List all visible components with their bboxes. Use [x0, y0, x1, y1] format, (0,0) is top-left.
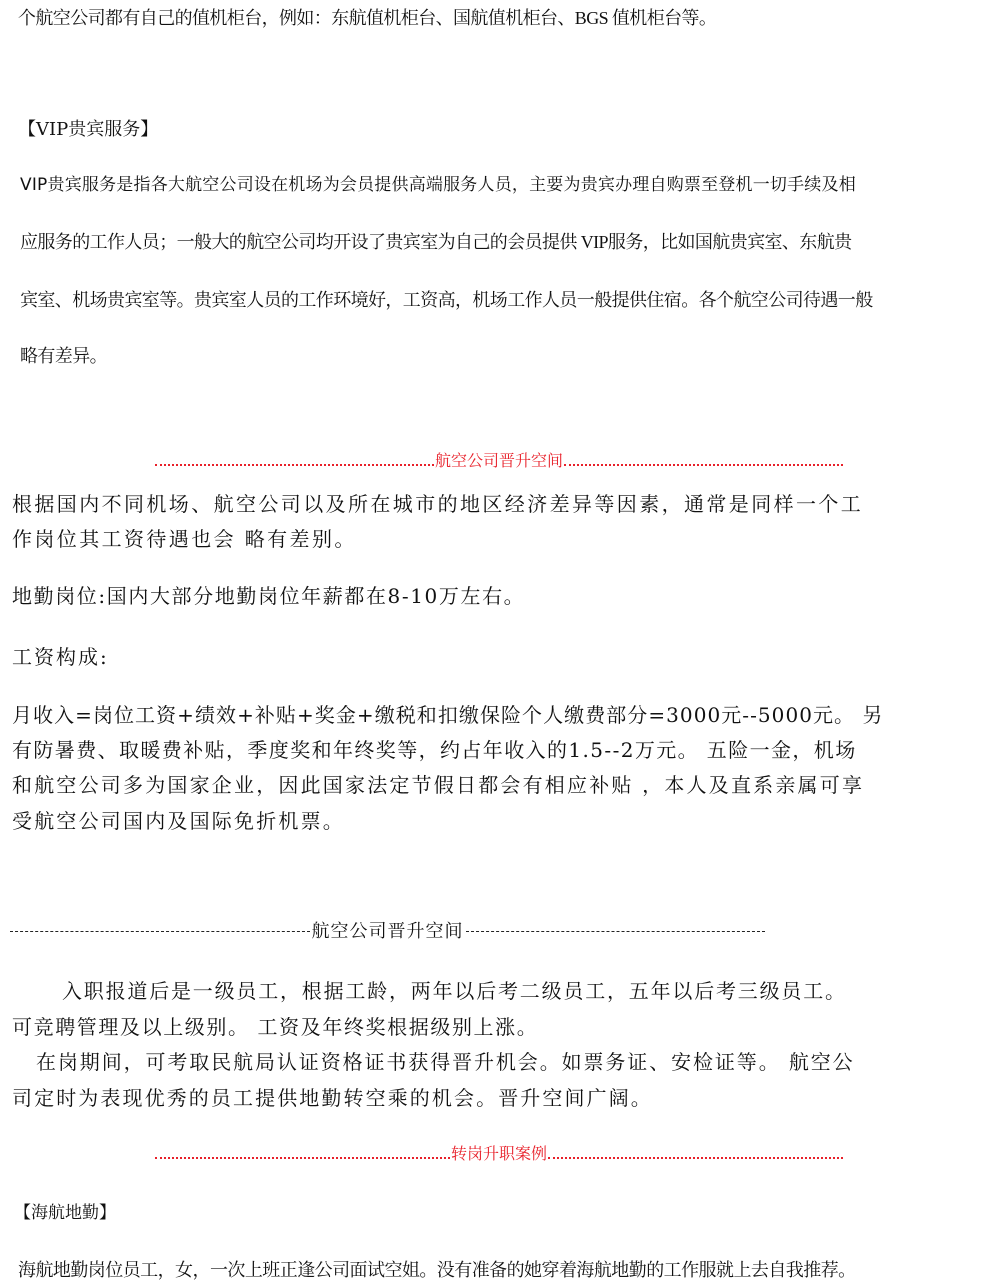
vip-paragraph-line: 应服务的工作人员；一般大的航空公司均开设了贵宾室为自己的会员提供 VIP服务，比… — [20, 228, 852, 254]
salary-composition-line: 和航空公司多为国家企业，因此国家法定节假日都会有相应补贴 ，本人及直系亲属可享 — [12, 769, 864, 798]
salary-composition-line: 有防暑费、取暖费补贴，季度奖和年终奖等，约占年收入的1.5--2万元。 五险一金… — [12, 734, 857, 763]
dotted-line — [548, 1157, 843, 1159]
promotion-line: 可竞聘管理及以上级别。 工资及年终奖根据级别上涨。 — [12, 1011, 538, 1040]
promotion-line: 在岗期间，可考取民航局认证资格证书获得晋升机会。如票务证、安检证等。 航空公 — [36, 1046, 855, 1075]
section-divider-promotion-black: 航空公司晋升空间 — [10, 917, 765, 943]
section-title: 航空公司晋升空间 — [310, 917, 466, 943]
vip-paragraph-line: 宾室、机场贵宾室等。贵宾室人员的工作环境好，工资高，机场工作人员一般提供住宿。各… — [20, 286, 873, 312]
ground-staff-salary: 地勤岗位:国内大部分地勤岗位年薪都在8-10万左右。 — [12, 580, 525, 609]
vip-heading: 【VIP贵宾服务】 — [18, 115, 158, 141]
section-title: 转岗升职案例 — [450, 1145, 548, 1163]
dotted-line — [155, 464, 434, 466]
dotted-line — [564, 464, 843, 466]
case-paragraph-line: 海航地勤岗位员工，女，一次上班正逢公司面试空姐。没有准备的她穿着海航地勤的工作服… — [18, 1256, 856, 1282]
intro-text: 个航空公司都有自己的值机柜台，例如：东航值机柜台、国航值机柜台、BGS 值机柜台… — [18, 4, 716, 30]
promotion-line: 司定时为表现优秀的员工提供地勤转空乘的机会。晋升空间广阔。 — [12, 1082, 653, 1111]
case-heading: 【海航地勤】 — [14, 1198, 116, 1223]
vip-paragraph-line: VIP贵宾服务是指各大航空公司设在机场为会员提供高端服务人员，主要为贵宾办理自购… — [20, 170, 856, 195]
promotion-line: 入职报道后是一级员工，根据工龄，两年以后考二级员工，五年以后考三级员工。 — [62, 975, 847, 1004]
dashed-line — [10, 931, 310, 932]
salary-intro-line: 作岗位其工资待遇也会 略有差别。 — [12, 523, 357, 552]
vip-paragraph-line: 略有差异。 — [20, 342, 107, 368]
dotted-line — [155, 1157, 450, 1159]
section-divider-case-red: 转岗升职案例 — [155, 1145, 843, 1163]
section-divider-promotion-red: 航空公司晋升空间 — [155, 452, 843, 470]
salary-composition-label: 工资构成: — [12, 641, 109, 670]
salary-composition-line: 月收入=岗位工资+绩效+补贴+奖金+缴税和扣缴保险个人缴费部分=3000元--5… — [12, 699, 884, 728]
salary-intro-line: 根据国内不同机场、航空公司以及所在城市的地区经济差异等因素，通常是同样一个工 — [12, 488, 863, 517]
salary-composition-line: 受航空公司国内及国际免折机票。 — [12, 805, 345, 834]
dashed-line — [466, 931, 766, 932]
section-title: 航空公司晋升空间 — [434, 452, 564, 470]
